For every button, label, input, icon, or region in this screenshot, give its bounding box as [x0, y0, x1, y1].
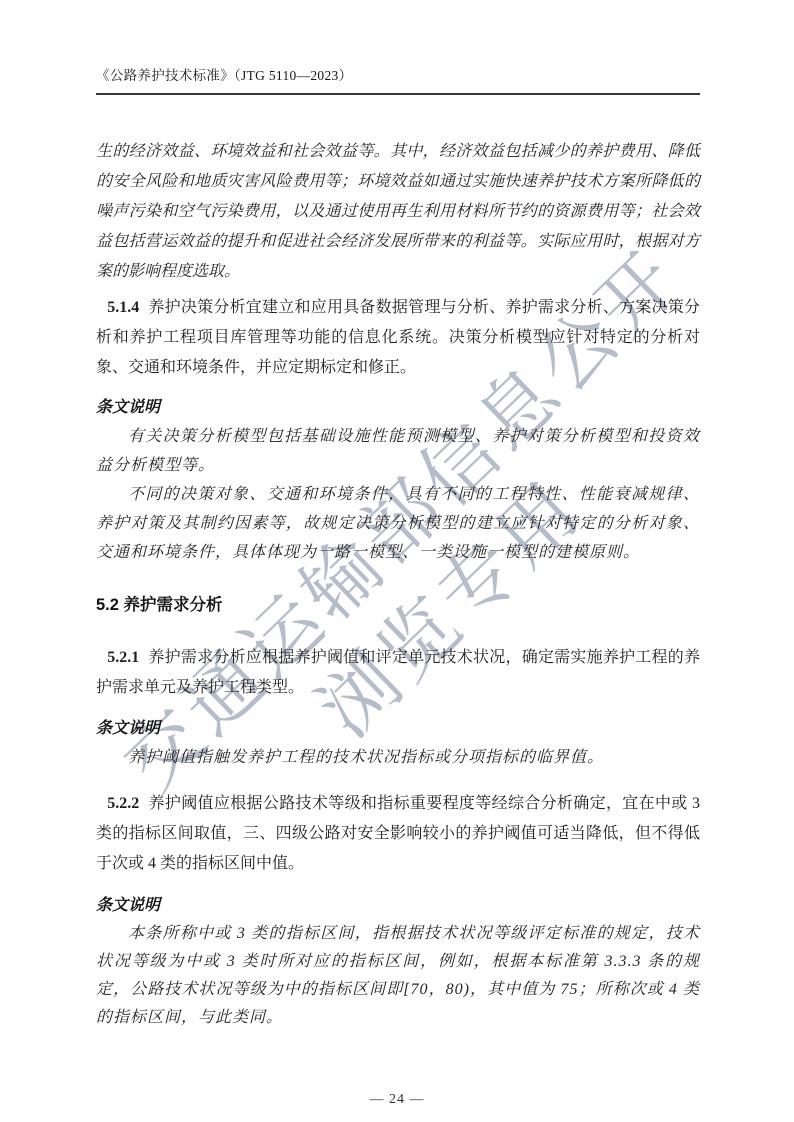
- commentary-1-paragraph-1: 有关决策分析模型包括基础设施性能预测模型、养护对策分析模型和投资效益分析模型等。: [96, 422, 700, 480]
- commentary-1-paragraph-2: 不同的决策对象、交通和环境条件，具有不同的工程特性、性能衰减规律、养护对策及其制…: [96, 480, 700, 567]
- page-number: — 24 —: [0, 1092, 794, 1108]
- commentary-label-3: 条文说明: [96, 891, 700, 920]
- commentary-label-2: 条文说明: [96, 714, 700, 743]
- clause-5-2-2-text: 养护阈值应根据公路技术等级和指标重要程度等经综合分析确定，宜在中或 3 类的指标…: [96, 795, 700, 872]
- clause-5-2-2: 5.2.2养护阈值应根据公路技术等级和指标重要程度等经综合分析确定，宜在中或 3…: [96, 789, 700, 879]
- section-heading-5-2: 5.2 养护需求分析: [96, 593, 700, 617]
- clause-5-1-4: 5.1.4养护决策分析宜建立和应用具备数据管理与分析、养护需求分析、方案决策分析…: [96, 293, 700, 383]
- document-title: 《公路养护技术标准》（JTG 5110—2023）: [96, 68, 352, 83]
- running-header: 《公路养护技术标准》（JTG 5110—2023）: [96, 64, 700, 95]
- clause-5-2-1: 5.2.1养护需求分析应根据养护阈值和评定单元技术状况，确定需实施养护工程的养护…: [96, 643, 700, 703]
- clause-5-2-1-number: 5.2.1: [107, 649, 139, 666]
- page-content: 《公路养护技术标准》（JTG 5110—2023） 生的经济效益、环境效益和社会…: [0, 64, 794, 1032]
- document-page: 交通运输部信息公开 浏览专用 《公路养护技术标准》（JTG 5110—2023）…: [0, 0, 794, 1122]
- clause-5-2-2-number: 5.2.2: [107, 795, 139, 812]
- commentary-2-paragraph-1: 养护阈值指触发养护工程的技术状况指标或分项指标的临界值。: [96, 743, 700, 772]
- continuation-commentary-paragraph: 生的经济效益、环境效益和社会效益等。其中，经济效益包括减少的养护费用、降低的安全…: [96, 137, 700, 287]
- clause-5-2-1-text: 养护需求分析应根据养护阈值和评定单元技术状况，确定需实施养护工程的养护需求单元及…: [96, 649, 700, 696]
- commentary-label-1: 条文说明: [96, 393, 700, 422]
- document-body: 生的经济效益、环境效益和社会效益等。其中，经济效益包括减少的养护费用、降低的安全…: [96, 137, 700, 1032]
- commentary-3-paragraph-1: 本条所称中或 3 类的指标区间，指根据技术状况等级评定标准的规定，技术状况等级为…: [96, 920, 700, 1032]
- clause-5-1-4-number: 5.1.4: [107, 299, 139, 316]
- clause-5-1-4-text: 养护决策分析宜建立和应用具备数据管理与分析、养护需求分析、方案决策分析和养护工程…: [96, 299, 700, 376]
